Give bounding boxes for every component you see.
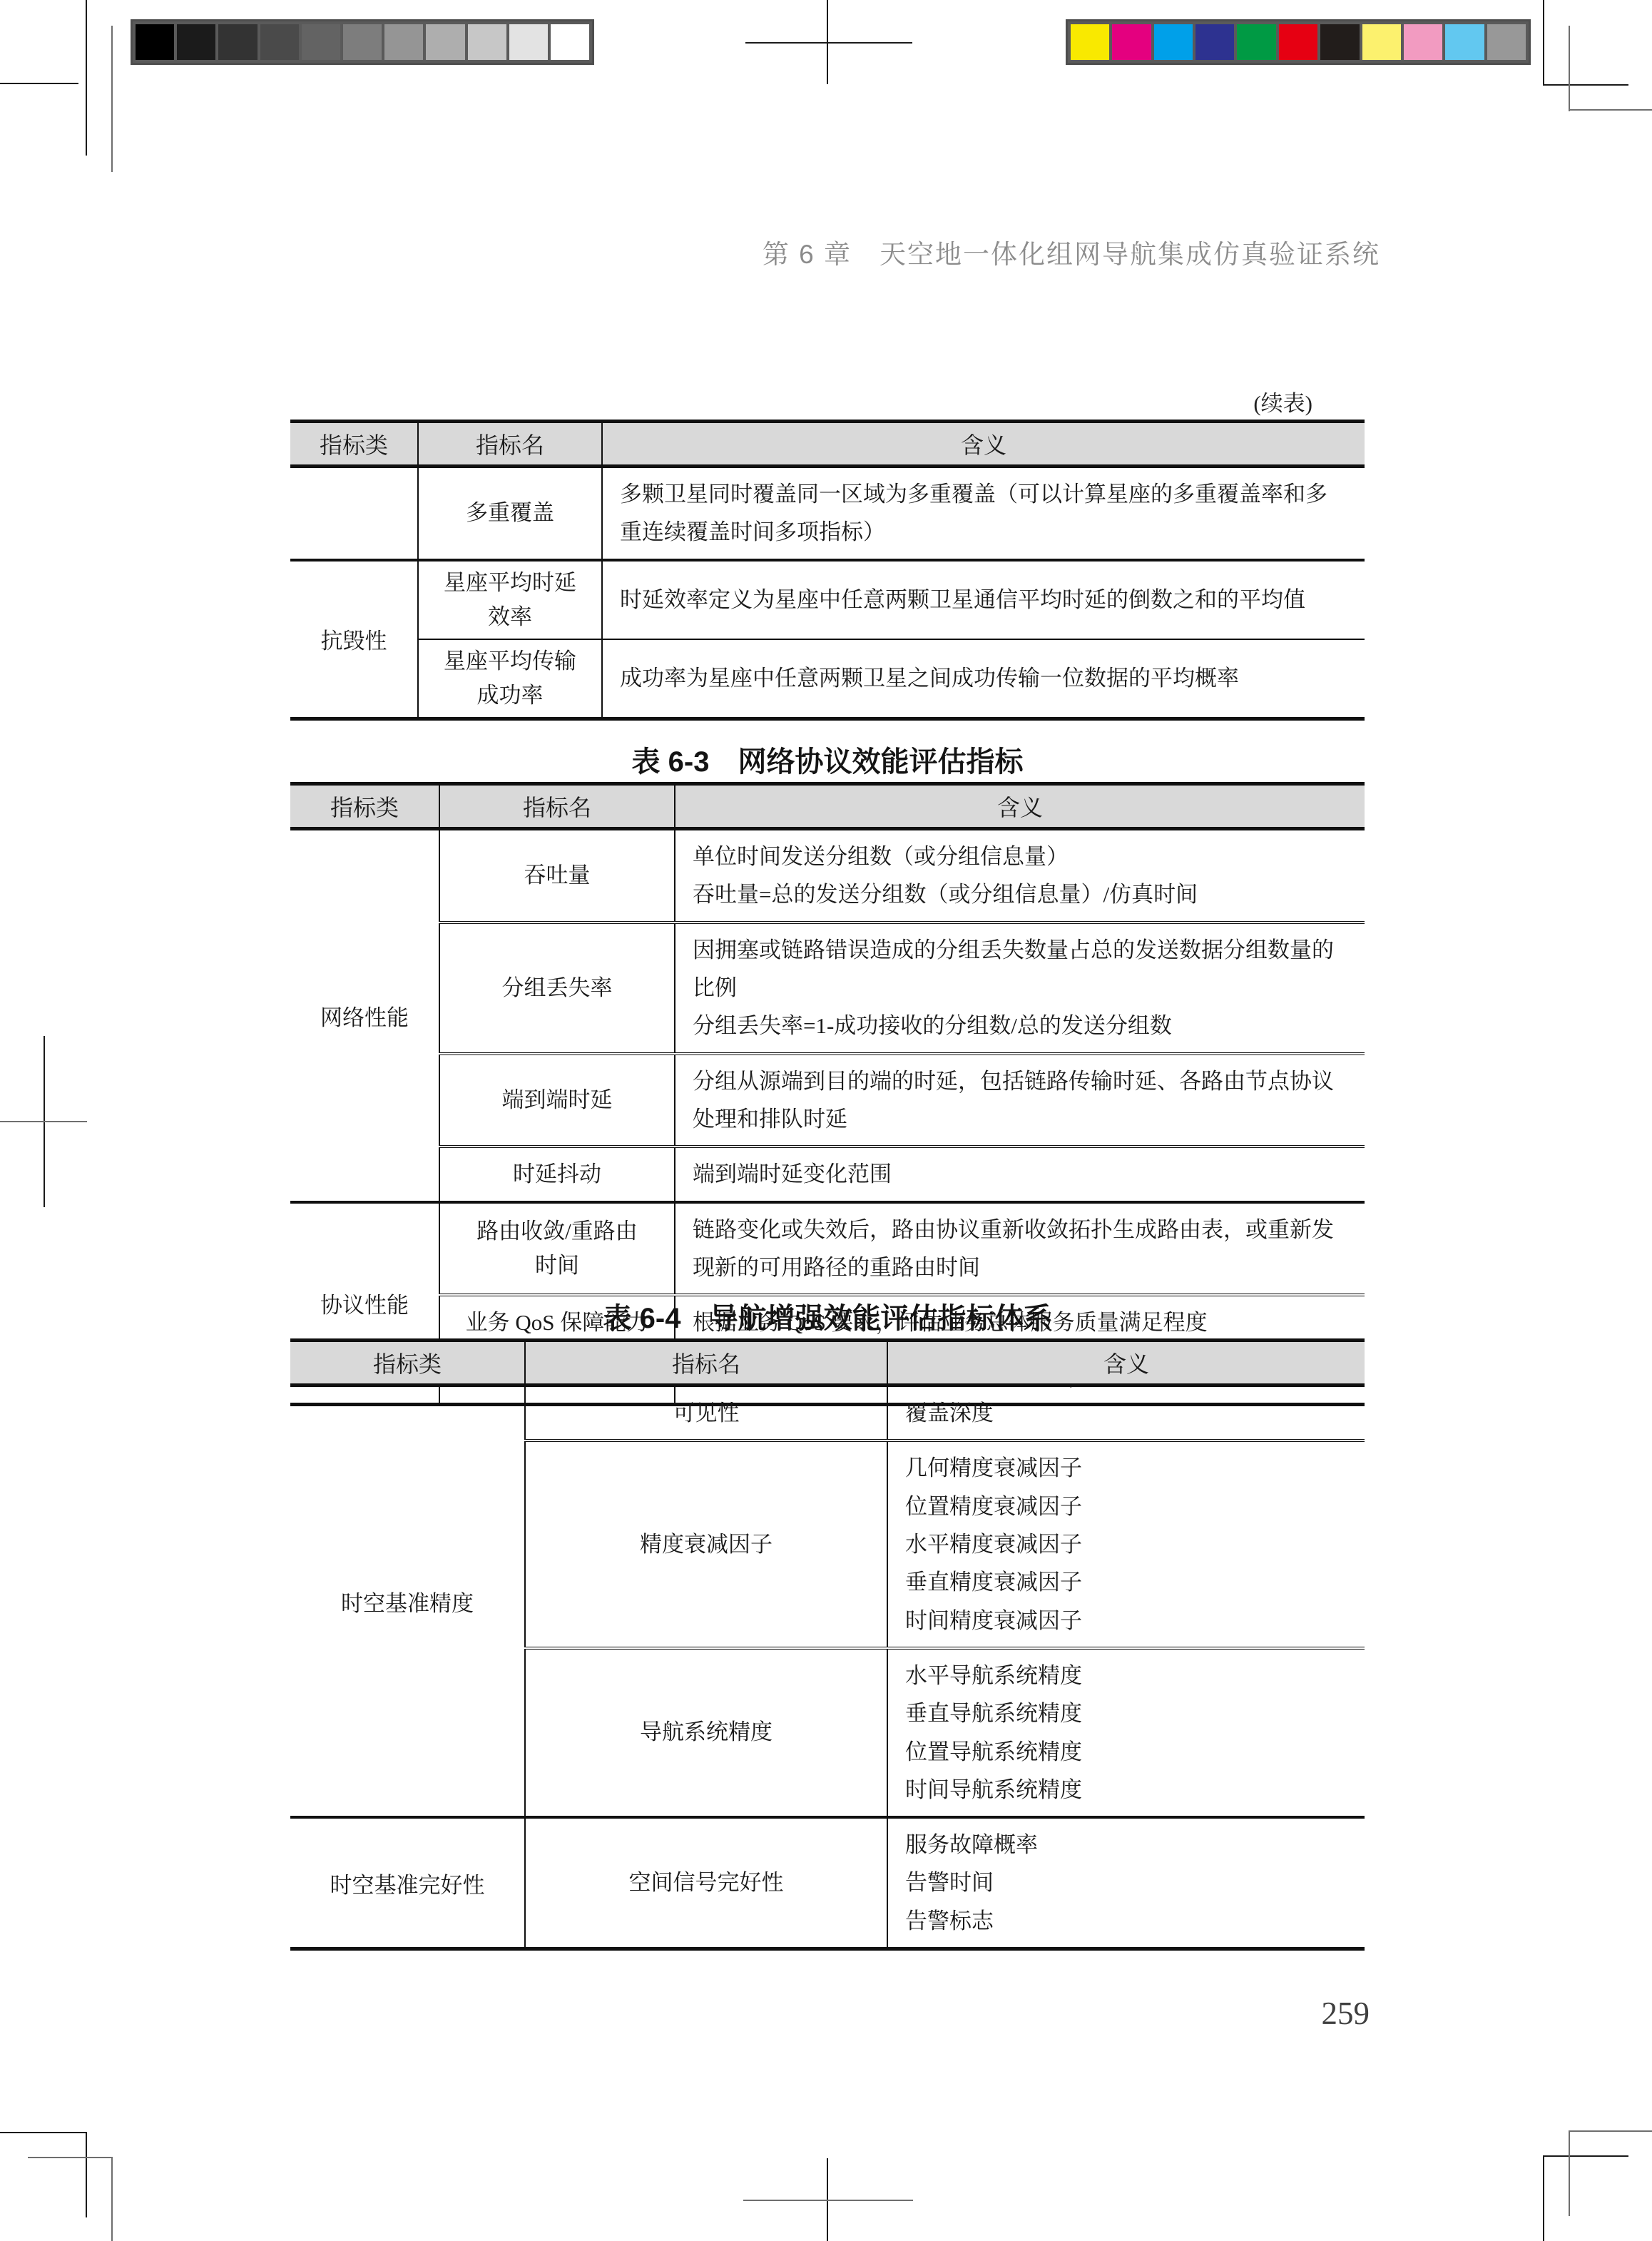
table-6-4-wrap: 指标类 指标名 含义 时空基准精度 可见性 覆盖深度 精度衰减因子 几何精度衰减… [290, 1338, 1365, 1951]
crop-mark [0, 83, 78, 84]
indicator-name-cell: 空间信号完好性 [525, 1817, 887, 1948]
meaning-cell: 分组从源端到目的端的时延，包括链路传输时延、各路由节点协议处理和排队时延 [675, 1054, 1365, 1147]
calibration-swatch [136, 24, 174, 60]
category-cell: 时空基准精度 [290, 1386, 525, 1818]
crop-mark [1543, 84, 1628, 86]
table-row: 多重覆盖 多颗卫星同时覆盖同一区域为多重覆盖（可以计算星座的多重覆盖率和多重连续… [290, 467, 1365, 560]
col-header-category: 指标类 [290, 784, 439, 829]
indicator-name-cell: 精度衰减因子 [525, 1440, 887, 1648]
calibration-swatch [551, 24, 589, 60]
crop-mark [28, 2157, 112, 2158]
category-cell: 时空基准完好性 [290, 1817, 525, 1948]
table-6-3-caption: 表 6-3 网络协议效能评估指标 [290, 739, 1365, 780]
indicator-name-cell: 分组丢失率 [439, 923, 675, 1054]
register-cross [0, 1121, 87, 1122]
col-header-meaning: 含义 [887, 1341, 1365, 1386]
table-row: 星座平均传输 成功率 成功率为星座中任意两颗卫星之间成功传输一位数据的平均概率 [290, 639, 1365, 719]
register-cross [745, 42, 912, 44]
calibration-swatch [343, 24, 382, 60]
category-cell: 抗毁性 [290, 560, 418, 719]
calibration-swatch [426, 24, 464, 60]
meaning-cell: 时延效率定义为星座中任意两颗卫星通信平均时延的倒数之和的平均值 [602, 560, 1365, 639]
meaning-cell: 服务故障概率 告警时间 告警标志 [887, 1817, 1365, 1948]
calibration-swatch [1195, 24, 1234, 60]
chapter-running-head: 第 6 章 天空地一体化组网导航集成仿真验证系统 [763, 233, 1380, 271]
col-header-category: 指标类 [290, 422, 418, 467]
grayscale-calibration-bar [131, 19, 594, 65]
indicator-name-cell: 多重覆盖 [418, 467, 602, 560]
col-header-name: 指标名 [439, 784, 675, 829]
table-6-4: 指标类 指标名 含义 时空基准精度 可见性 覆盖深度 精度衰减因子 几何精度衰减… [290, 1338, 1365, 1951]
meaning-cell: 链路变化或失效后，路由协议重新收敛拓扑生成路由表，或重新发现新的可用路径的重路由… [675, 1202, 1365, 1296]
table-continued-label: (续表) [1253, 385, 1312, 417]
indicator-name-cell: 星座平均传输 成功率 [418, 639, 602, 719]
crop-mark [1543, 2155, 1628, 2157]
calibration-swatch [260, 24, 299, 60]
col-header-category: 指标类 [290, 1341, 525, 1386]
crop-mark [1569, 26, 1570, 111]
crop-mark [111, 26, 113, 172]
calibration-swatch [177, 24, 215, 60]
indicator-name-cell: 导航系统精度 [525, 1648, 887, 1817]
calibration-swatch [1112, 24, 1151, 60]
crop-mark [111, 2157, 113, 2241]
calibration-swatch [1071, 24, 1109, 60]
meaning-cell: 多颗卫星同时覆盖同一区域为多重覆盖（可以计算星座的多重覆盖率和多重连续覆盖时间多… [602, 467, 1365, 560]
table-row: 端到端时延 分组从源端到目的端的时延，包括链路传输时延、各路由节点协议处理和排队… [290, 1054, 1365, 1147]
crop-mark [1543, 0, 1544, 86]
page-number: 259 [1322, 1995, 1370, 2032]
col-header-name: 指标名 [418, 422, 602, 467]
calibration-swatch [1237, 24, 1275, 60]
indicator-name-cell: 吞吐量 [439, 829, 675, 923]
calibration-swatch [302, 24, 340, 60]
table-header-row: 指标类 指标名 含义 [290, 422, 1365, 467]
indicator-name-cell: 可见性 [525, 1386, 887, 1441]
table-row: 时空基准精度 可见性 覆盖深度 [290, 1386, 1365, 1441]
crop-mark [1543, 2155, 1544, 2241]
crop-mark [0, 2132, 87, 2133]
indicator-name-cell: 星座平均时延 效率 [418, 560, 602, 639]
table-row: 时空基准完好性 空间信号完好性 服务故障概率 告警时间 告警标志 [290, 1817, 1365, 1948]
crop-mark [86, 2132, 87, 2217]
meaning-cell: 覆盖深度 [887, 1386, 1365, 1441]
meaning-cell: 成功率为星座中任意两颗卫星之间成功传输一位数据的平均概率 [602, 639, 1365, 719]
table-row: 网络性能 吞吐量 单位时间发送分组数（或分组信息量） 吞吐量=总的发送分组数（或… [290, 829, 1365, 923]
crop-mark [1569, 109, 1652, 111]
table-row: 时延抖动 端到端时延变化范围 [290, 1147, 1365, 1201]
table-row: 协议性能 路由收敛/重路由 时间 链路变化或失效后，路由协议重新收敛拓扑生成路由… [290, 1202, 1365, 1296]
col-header-name: 指标名 [525, 1341, 887, 1386]
calibration-swatch [1404, 24, 1442, 60]
calibration-swatch [218, 24, 257, 60]
calibration-swatch [1487, 24, 1526, 60]
meaning-cell: 单位时间发送分组数（或分组信息量） 吞吐量=总的发送分组数（或分组信息量）/仿真… [675, 829, 1365, 923]
calibration-swatch [509, 24, 548, 60]
meaning-cell: 因拥塞或链路错误造成的分组丢失数量占总的发送数据分组数量的比例 分组丢失率=1-… [675, 923, 1365, 1054]
calibration-swatch [1445, 24, 1484, 60]
indicator-name-cell: 端到端时延 [439, 1054, 675, 1147]
table-row: 抗毁性 星座平均时延 效率 时延效率定义为星座中任意两颗卫星通信平均时延的倒数之… [290, 560, 1365, 639]
meaning-cell: 几何精度衰减因子 位置精度衰减因子 水平精度衰减因子 垂直精度衰减因子 时间精度… [887, 1440, 1365, 1648]
calibration-swatch [384, 24, 423, 60]
table-6-4-caption: 表 6-4 导航增强效能评估指标体系 [290, 1296, 1365, 1336]
table-continued-wrap: 指标类 指标名 含义 多重覆盖 多颗卫星同时覆盖同一区域为多重覆盖（可以计算星座… [290, 420, 1365, 721]
indicator-name-cell: 路由收敛/重路由 时间 [439, 1202, 675, 1296]
calibration-swatch [1154, 24, 1193, 60]
meaning-cell: 水平导航系统精度 垂直导航系统精度 位置导航系统精度 时间导航系统精度 [887, 1648, 1365, 1817]
calibration-swatch [1279, 24, 1317, 60]
col-header-meaning: 含义 [602, 422, 1365, 467]
crop-mark [1569, 2130, 1652, 2132]
indicator-name-cell: 时延抖动 [439, 1147, 675, 1201]
calibration-swatch [1362, 24, 1401, 60]
category-cell: 网络性能 [290, 829, 439, 1202]
book-page: 第 6 章 天空地一体化组网导航集成仿真验证系统 (续表) 指标类 指标名 含义… [0, 0, 1652, 2241]
meaning-cell: 端到端时延变化范围 [675, 1147, 1365, 1201]
calibration-swatch [468, 24, 506, 60]
category-cell [290, 467, 418, 560]
crop-mark [86, 0, 87, 156]
color-calibration-bar [1066, 19, 1531, 65]
crop-mark [1569, 2130, 1570, 2216]
table-header-row: 指标类 指标名 含义 [290, 1341, 1365, 1386]
col-header-meaning: 含义 [675, 784, 1365, 829]
table-header-row: 指标类 指标名 含义 [290, 784, 1365, 829]
table-row: 分组丢失率 因拥塞或链路错误造成的分组丢失数量占总的发送数据分组数量的比例 分组… [290, 923, 1365, 1054]
register-cross [743, 2200, 913, 2201]
table-continued: 指标类 指标名 含义 多重覆盖 多颗卫星同时覆盖同一区域为多重覆盖（可以计算星座… [290, 420, 1365, 721]
calibration-swatch [1320, 24, 1359, 60]
